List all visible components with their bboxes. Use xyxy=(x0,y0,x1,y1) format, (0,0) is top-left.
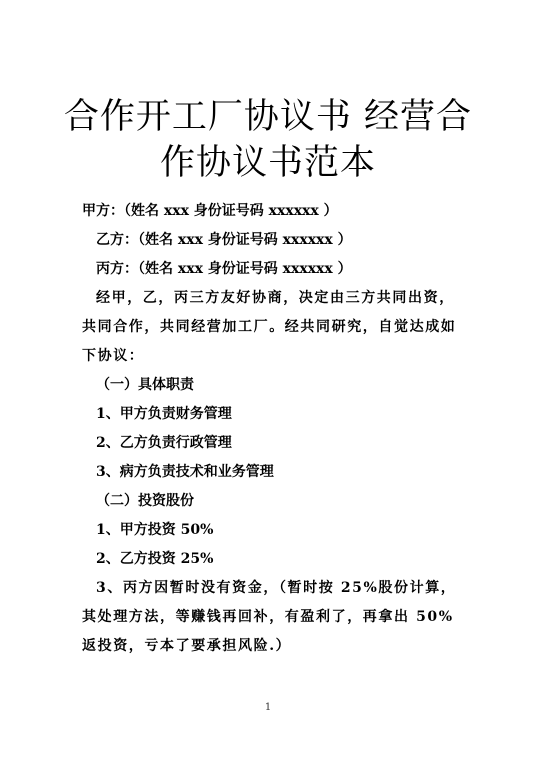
investment-paragraph: 3、丙方因暂时没有资金，（暂时按 25%股份计算，其处理方法，等赚钱再回补，有盈… xyxy=(82,574,462,661)
section-heading-duties: （一）具体职责 xyxy=(82,371,462,400)
duty-item: 2、乙方负责行政管理 xyxy=(82,429,462,458)
duty-item: 3、病方负责技术和业务管理 xyxy=(82,458,462,487)
document-title: 合作开工厂协议书 经营合作协议书范本 xyxy=(60,94,476,186)
page-number: 1 xyxy=(0,702,536,713)
document-page: 合作开工厂协议书 经营合作协议书范本 甲方：（姓名 xxx 身份证号码 xxxx… xyxy=(0,0,536,758)
party-b: 乙方：（姓名 xxx 身份证号码 xxxxxx ） xyxy=(82,226,462,255)
party-c: 丙方：（姓名 xxx 身份证号码 xxxxxx ） xyxy=(82,255,462,284)
party-a: 甲方：（姓名 xxx 身份证号码 xxxxxx ） xyxy=(82,197,462,226)
document-body: 甲方：（姓名 xxx 身份证号码 xxxxxx ） 乙方：（姓名 xxx 身份证… xyxy=(82,197,462,661)
section-heading-investment: （二）投资股份 xyxy=(82,487,462,516)
investment-item: 1、甲方投资 50% xyxy=(82,516,462,545)
intro-paragraph: 经甲，乙，丙三方友好协商，决定由三方共同出资，共同合作，共同经营加工厂。经共同研… xyxy=(82,284,462,371)
investment-item: 2、乙方投资 25% xyxy=(82,545,462,574)
duty-item: 1、甲方负责财务管理 xyxy=(82,400,462,429)
